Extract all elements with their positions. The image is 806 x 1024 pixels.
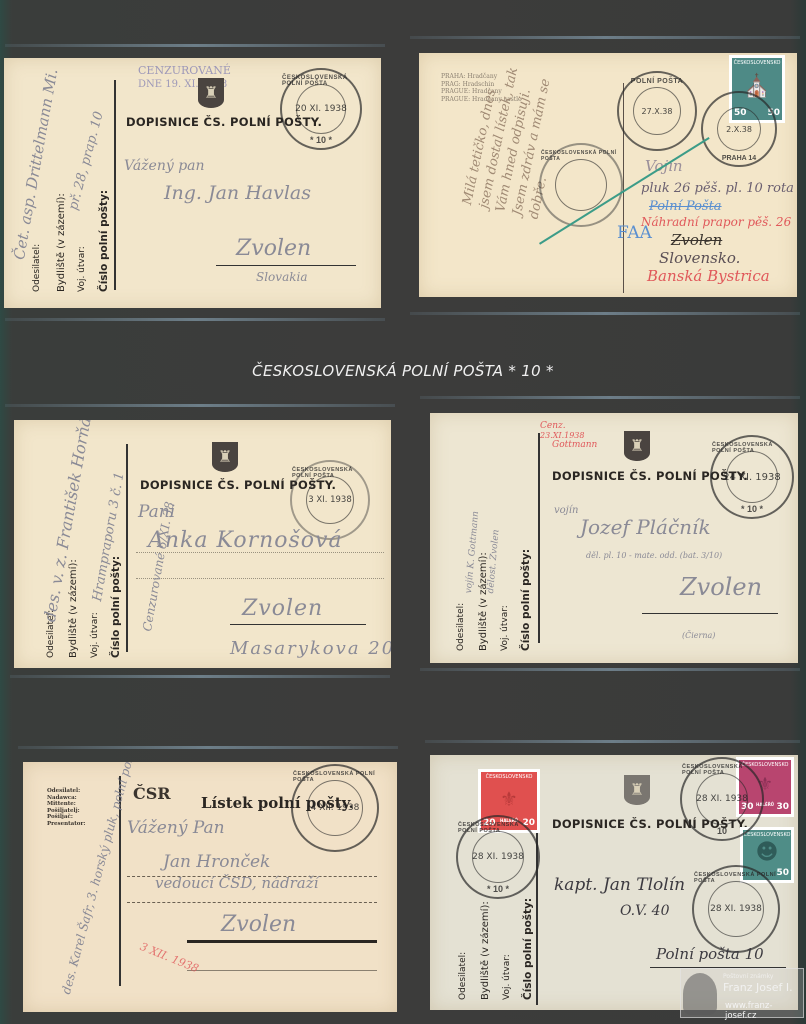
watermark-badge: Poštovní známky Franz Josef I. www.franz… xyxy=(680,968,804,1018)
sender-label-unit: Voj. útvar: xyxy=(502,940,512,1000)
sender-label: Odesilatel: xyxy=(458,938,468,1000)
sleeve-strip xyxy=(420,396,800,399)
handwritten-rank: vojín xyxy=(554,505,578,516)
handwritten-street: Masarykova 20 xyxy=(230,638,391,659)
sender-label-residence: Bydliště (v zázemí): xyxy=(480,887,491,1000)
postcard-2: PRAHA: Hradčany PRAG: Hradschin PRAGUE: … xyxy=(419,53,797,297)
watermark-url: www.franz-josef.cz xyxy=(725,1001,803,1021)
coat-of-arms-icon: ♜ xyxy=(198,78,224,108)
postcard-5: ČSR Lístek polní pošty. Odesilatel: Nada… xyxy=(23,762,397,1012)
postmark: ČESKOSLOVENSKÁ POLNÍ POŠTA 20 XI. 1938 *… xyxy=(280,68,362,150)
handwritten-unit: děl. pl. 10 - mate. odd. (bat. 3/10) xyxy=(586,551,722,560)
handwritten-recipient: Jozef Pláčník xyxy=(580,515,711,539)
handwritten-recipient: Anka Kornošová xyxy=(148,528,343,553)
address-line xyxy=(127,902,377,903)
handwritten-institution: vedoucí ČSD, nádraží xyxy=(155,874,318,892)
postmark-bottom-right: ČESKOSLOVENSKÁ POLNÍ POŠTA 28 XI. 1938 xyxy=(692,865,780,953)
sleeve-strip xyxy=(5,318,385,321)
sender-label-residence: Bydliště (v zázemí): xyxy=(478,538,489,651)
sleeve-strip xyxy=(410,312,800,315)
sender-label-unit: Voj. útvar: xyxy=(77,232,87,292)
sender-label-fieldpost: Číslo polní pošty: xyxy=(522,884,534,1000)
address-line xyxy=(136,552,384,553)
handwritten-city: Zvolen xyxy=(680,573,762,601)
postmark-field-post: ČESKOSLOVENSKÁ POLNÍ POŠTA xyxy=(539,143,623,227)
red-censor-note: Cenz. 23.XI.1938 Gottmann xyxy=(540,421,597,450)
address-line xyxy=(187,970,377,971)
handwritten-new-city: Banská Bystrica xyxy=(647,267,770,285)
divider-line xyxy=(538,433,540,643)
sleeve-strip xyxy=(420,668,800,671)
portrait-icon xyxy=(683,973,717,1015)
address-line xyxy=(642,613,778,614)
divider-line xyxy=(114,80,116,290)
address-line xyxy=(216,265,356,266)
sleeve-strip xyxy=(410,36,800,39)
sender-label-fieldpost: Číslo polní pošty: xyxy=(98,176,110,292)
coat-of-arms-icon: ♜ xyxy=(624,775,650,805)
handwritten-unit: O.V. 40 xyxy=(620,903,670,919)
sender-label-residence: Bydliště (v zázemí): xyxy=(68,545,79,658)
album-page-title: ČESKOSLOVENSKÁ POLNÍ POŠTA * 10 * xyxy=(0,362,806,380)
sleeve-strip xyxy=(10,675,390,678)
handwritten-fieldpost: Polní pošta 10 xyxy=(656,945,764,963)
postmark: ČESKOSLOVENSKÁ POLNÍ POŠTA 4 XII. 1938 xyxy=(291,764,379,852)
handwritten-crossed-out: Polní Pošta xyxy=(649,199,722,214)
postcard-3: ♜ DOPISNICE ČS. POLNÍ POŠTY. Odesilatel:… xyxy=(14,420,391,668)
handwritten-salutation: Vážený Pan xyxy=(127,818,225,838)
coat-of-arms-icon: ♜ xyxy=(624,431,650,461)
handwritten-redirect: Náhradní prapor pěš. 26 xyxy=(641,215,791,229)
postmark-praha: 2.X.38 PRAHA 14 xyxy=(701,91,777,167)
sender-label-unit: Voj. útvar: xyxy=(90,598,100,658)
handwritten-recipient: Ing. Jan Havlas xyxy=(164,182,311,204)
sender-label-residence: Bydliště (v zázemí): xyxy=(56,179,67,292)
handwritten-region: Slovakia xyxy=(256,270,307,284)
sleeve-strip xyxy=(18,746,398,749)
handwritten-city: Zvolen xyxy=(242,596,323,621)
postmark-polni-posta: POLNÍ POŠTA 27.X.38 xyxy=(617,71,697,151)
sender-label-fieldpost: Číslo polní pošty: xyxy=(520,535,532,651)
handwritten-regiment: pluk 26 pěš. pl. 10 rota xyxy=(641,181,794,196)
handwritten-salutation: Vážený pan xyxy=(124,158,205,174)
multilingual-sender-labels: Odesilatel: Nadawca: Mittente: Pošiljate… xyxy=(47,788,85,827)
sleeve-strip xyxy=(425,740,800,743)
address-line xyxy=(136,578,384,579)
handwritten-district: (Čierna) xyxy=(682,631,715,640)
address-line xyxy=(230,624,366,625)
sender-label: Odesilatel: xyxy=(456,589,466,651)
postmark: ČESKOSLOVENSKÁ POLNÍ POŠTA 24 XI. 1938 *… xyxy=(710,435,794,519)
handwritten-recipient: Jan Hronček xyxy=(163,852,270,872)
sleeve-strip xyxy=(5,44,385,47)
postmark-top-right: ČESKOSLOVENSKÁ POLNÍ POŠTA 28 XI. 1938 1… xyxy=(680,757,764,841)
postcard-4: ♜ DOPISNICE ČS. POLNÍ POŠTY. Odesilatel:… xyxy=(430,413,798,663)
postmark-left: ČESKOSLOVENSKÁ POLNÍ POŠTA 28 XI. 1938 *… xyxy=(456,815,540,899)
red-receipt-stamp: 3 XII. 1938 xyxy=(138,940,200,975)
address-line xyxy=(187,940,377,943)
sleeve-strip xyxy=(5,404,395,407)
handwritten-mark: FAA xyxy=(617,223,652,243)
handwritten-country: Slovensko. xyxy=(659,249,740,267)
handwritten-recipient: kapt. Jan Tlolín xyxy=(554,875,685,895)
coat-of-arms-icon: ♜ xyxy=(212,442,238,472)
csr-monogram: ČSR xyxy=(133,784,171,803)
postcard-1: CENZUROVANÉ DNE 19. XI. 1938 ♜ DOPISNICE… xyxy=(4,58,381,308)
handwritten-city: Zvolen xyxy=(236,236,311,261)
handwritten-city: Zvolen xyxy=(671,231,722,249)
sender-label-unit: Voj. útvar: xyxy=(500,591,510,651)
handwritten-city: Zvolen xyxy=(221,912,296,937)
